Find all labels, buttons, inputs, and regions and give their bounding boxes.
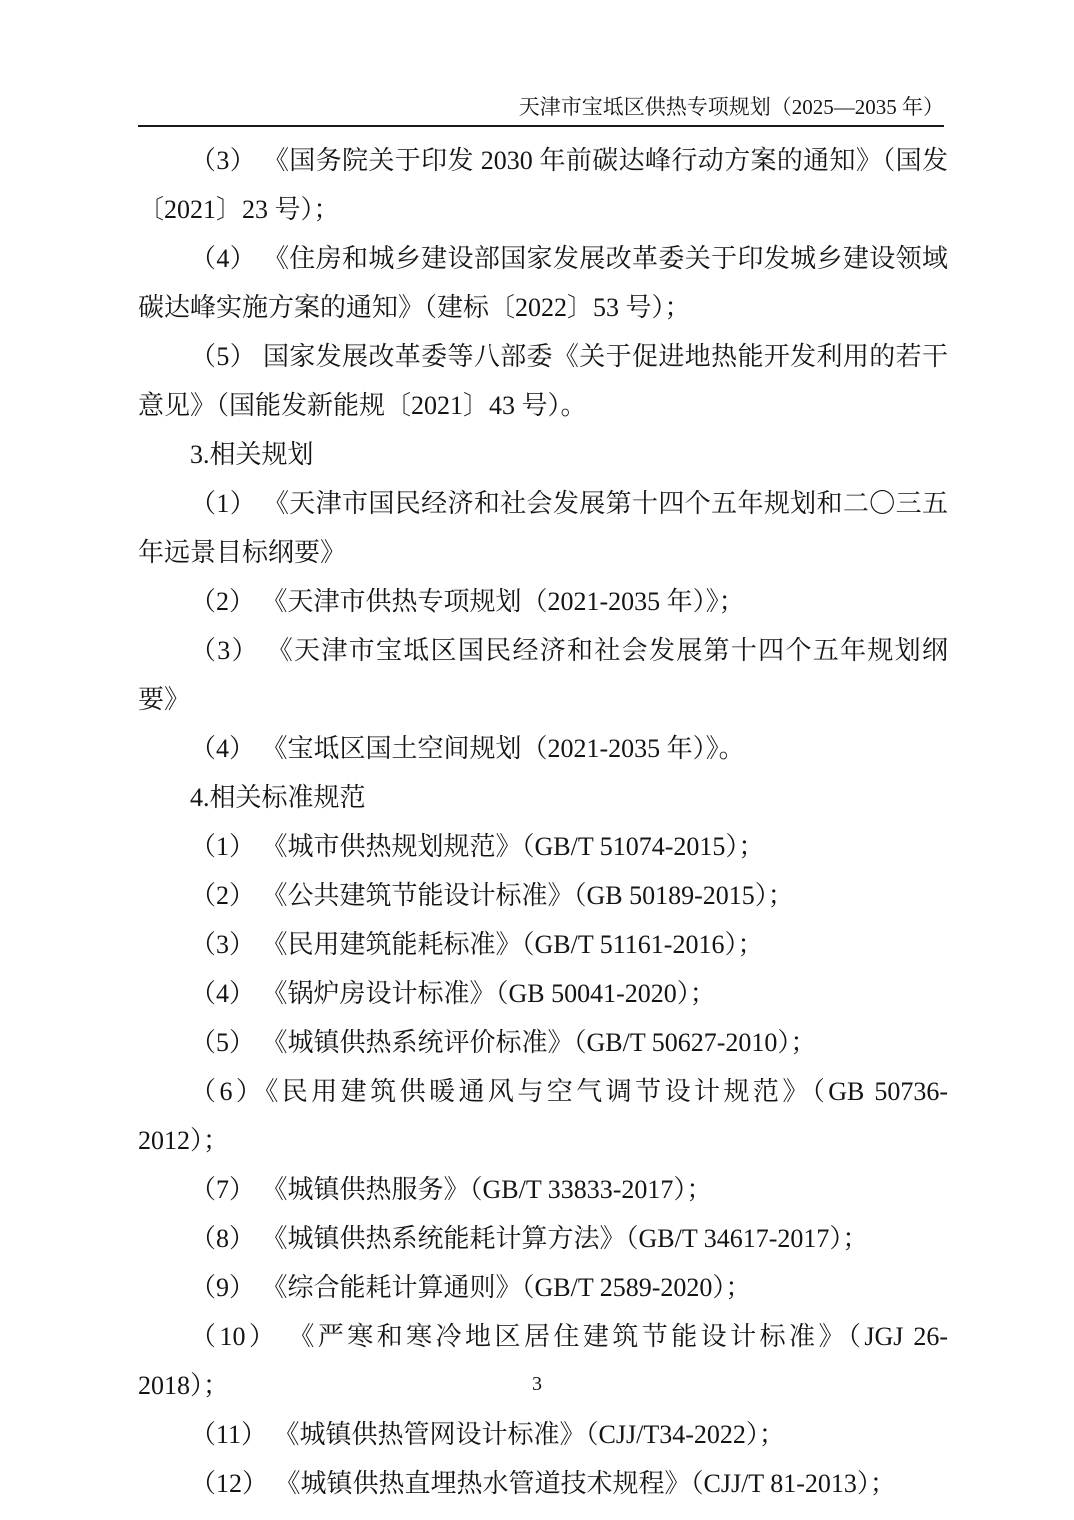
page-footer: 3 xyxy=(0,1371,1074,1397)
body-paragraph: （1） 《天津市国民经济和社会发展第十四个五年规划和二〇三五年远景目标纲要》 xyxy=(138,479,948,577)
page-header: 天津市宝坻区供热专项规划（2025—2035 年） xyxy=(138,94,944,127)
body-paragraph: （5） 《城镇供热系统评价标准》（GB/T 50627-2010）； xyxy=(138,1018,948,1067)
body-paragraph: （12） 《城镇供热直埋热水管道技术规程》（CJJ/T 81-2013）； xyxy=(138,1459,948,1508)
body-paragraph: （4） 《住房和城乡建设部国家发展改革委关于印发城乡建设领域碳达峰实施方案的通知… xyxy=(138,234,948,332)
document-page: 天津市宝坻区供热专项规划（2025—2035 年） （3） 《国务院关于印发 2… xyxy=(0,0,1074,1520)
document-body: （3） 《国务院关于印发 2030 年前碳达峰行动方案的通知》（国发〔2021〕… xyxy=(138,136,948,1508)
body-paragraph: （3） 《民用建筑能耗标准》（GB/T 51161-2016）； xyxy=(138,920,948,969)
body-paragraph: （1） 《城市供热规划规范》（GB/T 51074-2015）； xyxy=(138,822,948,871)
body-paragraph: （6）《民用建筑供暖通风与空气调节设计规范》（GB 50736-2012）； xyxy=(138,1067,948,1165)
body-paragraph: （4） 《宝坻区国土空间规划（2021-2035 年）》。 xyxy=(138,724,948,773)
header-title: 天津市宝坻区供热专项规划（2025—2035 年） xyxy=(519,95,944,119)
section-heading: 4.相关标准规范 xyxy=(138,773,948,822)
body-paragraph: （9） 《综合能耗计算通则》（GB/T 2589-2020）； xyxy=(138,1263,948,1312)
body-paragraph: （3） 《天津市宝坻区国民经济和社会发展第十四个五年规划纲要》 xyxy=(138,626,948,724)
body-paragraph: （7） 《城镇供热服务》（GB/T 33833-2017）； xyxy=(138,1165,948,1214)
body-paragraph: （2） 《公共建筑节能设计标准》（GB 50189-2015）； xyxy=(138,871,948,920)
body-paragraph: （2） 《天津市供热专项规划（2021-2035 年）》； xyxy=(138,577,948,626)
section-heading: 3.相关规划 xyxy=(138,430,948,479)
body-paragraph: （8） 《城镇供热系统能耗计算方法》（GB/T 34617-2017）； xyxy=(138,1214,948,1263)
body-paragraph: （4） 《锅炉房设计标准》（GB 50041-2020）； xyxy=(138,969,948,1018)
body-paragraph: （5） 国家发展改革委等八部委《关于促进地热能开发利用的若干意见》（国能发新能规… xyxy=(138,332,948,430)
page-number: 3 xyxy=(532,1373,542,1395)
body-paragraph: （3） 《国务院关于印发 2030 年前碳达峰行动方案的通知》（国发〔2021〕… xyxy=(138,136,948,234)
body-paragraph: （11） 《城镇供热管网设计标准》（CJJ/T34-2022）； xyxy=(138,1410,948,1459)
